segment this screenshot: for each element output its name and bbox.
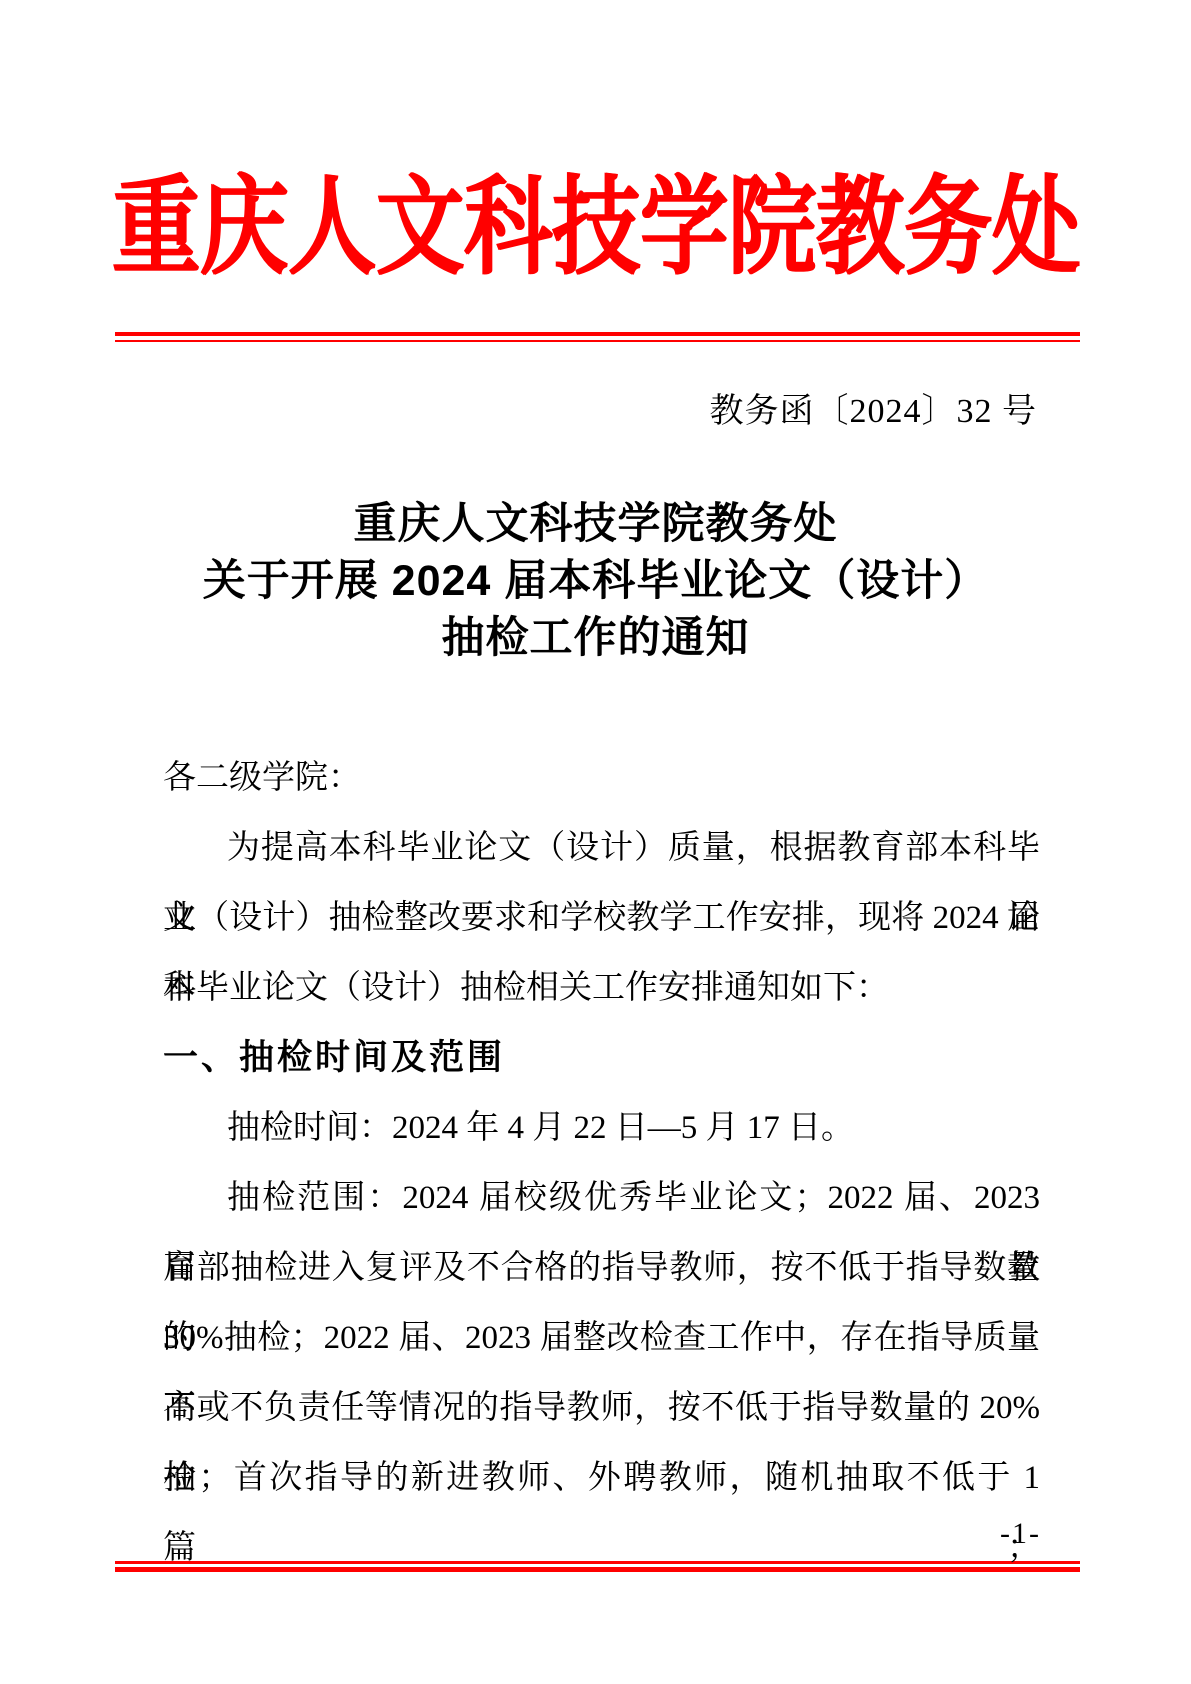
notice-title-line-2: 关于开展 2024 届本科毕业论文（设计）: [0, 553, 1191, 610]
body-line: 为提高本科毕业论文（设计）质量，根据教育部本科毕业论: [163, 813, 1040, 883]
notice-title: 重庆人文科技学院教务处 关于开展 2024 届本科毕业论文（设计） 抽检工作的通…: [0, 496, 1191, 667]
document-body: 各二级学院： 为提高本科毕业论文（设计）质量，根据教育部本科毕业论 文（设计）抽…: [163, 743, 1040, 1513]
body-line: 高或不负责任等情况的指导教师，按不低于指导数量的 20%抽: [163, 1373, 1040, 1443]
body-line: 抽检时间：2024 年 4 月 22 日—5 月 17 日。: [163, 1093, 1040, 1163]
notice-title-line-1: 重庆人文科技学院教务处: [0, 496, 1191, 553]
section-heading: 一、抽检时间及范围: [163, 1023, 1040, 1093]
body-line: 育部抽检进入复评及不合格的指导教师，按不低于指导数量的: [163, 1233, 1040, 1303]
letterhead-title: 重庆人文科技学院教务处: [111, 132, 1079, 327]
body-line: 检；首次指导的新进教师、外聘教师，随机抽取不低于 1 篇；: [163, 1443, 1040, 1513]
body-line: 文（设计）抽检整改要求和学校教学工作安排，现将 2024 届本: [163, 883, 1040, 953]
doc-number: 教务函〔2024〕32 号: [0, 390, 1191, 434]
document-page: 重庆人文科技学院教务处 教务函〔2024〕32 号 重庆人文科技学院教务处 关于…: [0, 0, 1191, 1684]
red-rule-thin: [115, 340, 1080, 342]
body-line: 30%抽检；2022 届、2023 届整改检查工作中，存在指导质量不: [163, 1303, 1040, 1373]
body-line: 抽检范围：2024 届校级优秀毕业论文；2022 届、2023 届教: [163, 1163, 1040, 1233]
salutation: 各二级学院：: [163, 743, 1040, 813]
body-line: 科毕业论文（设计）抽检相关工作安排通知如下：: [163, 953, 1040, 1023]
letterhead: 重庆人文科技学院教务处: [0, 150, 1191, 310]
notice-title-line-3: 抽检工作的通知: [0, 610, 1191, 667]
separator-top: [115, 332, 1080, 342]
